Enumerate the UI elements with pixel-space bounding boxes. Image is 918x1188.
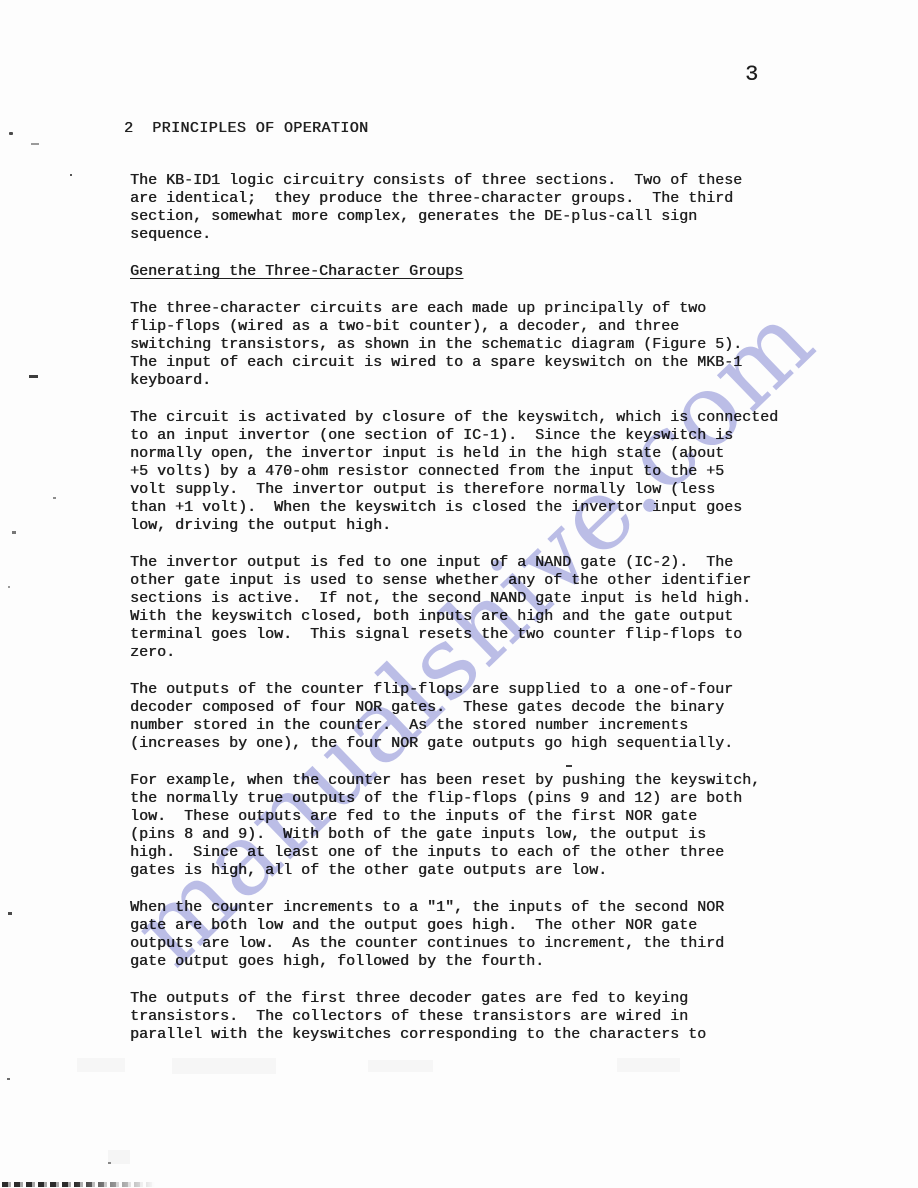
scan-ghost-mark — [368, 1060, 433, 1072]
document-body: The KB-ID1 logic circuitry consists of t… — [130, 172, 810, 1063]
scan-speck — [108, 1162, 111, 1164]
scan-edge-artifact — [2, 1182, 162, 1187]
scan-speck — [70, 174, 72, 176]
scan-speck — [12, 531, 16, 534]
scan-speck — [29, 375, 38, 378]
scan-speck — [9, 132, 13, 135]
paragraph-keying-transistors: The outputs of the first three decoder g… — [130, 990, 810, 1044]
paragraph-overview: The KB-ID1 logic circuitry consists of t… — [130, 172, 810, 244]
scan-ghost-mark — [77, 1058, 125, 1072]
subsection-heading: Generating the Three-Character Groups — [130, 263, 810, 281]
page-number: 3 — [745, 62, 758, 87]
paragraph-nand-gate: The invertor output is fed to one input … — [130, 554, 810, 662]
paragraph-example: For example, when the counter has been r… — [130, 772, 810, 880]
chapter-heading: 2 PRINCIPLES OF OPERATION — [124, 120, 368, 137]
scan-ghost-mark — [172, 1058, 276, 1074]
paragraph-increment: When the counter increments to a "1", th… — [130, 899, 810, 971]
scan-speck — [8, 586, 10, 588]
paragraph-circuit-makeup: The three-character circuits are each ma… — [130, 300, 810, 390]
scan-speck — [31, 143, 39, 145]
scan-speck — [53, 497, 56, 499]
scan-speck — [7, 1078, 10, 1080]
scan-ghost-mark — [108, 1150, 130, 1164]
paragraph-circuit-activation: The circuit is activated by closure of t… — [130, 409, 810, 535]
scan-speck — [8, 912, 12, 915]
scan-speck — [566, 765, 572, 767]
scanned-document-page: 3 2 PRINCIPLES OF OPERATION The KB-ID1 l… — [0, 0, 918, 1188]
paragraph-decoder: The outputs of the counter flip-flops ar… — [130, 681, 810, 753]
scan-ghost-mark — [617, 1058, 680, 1072]
